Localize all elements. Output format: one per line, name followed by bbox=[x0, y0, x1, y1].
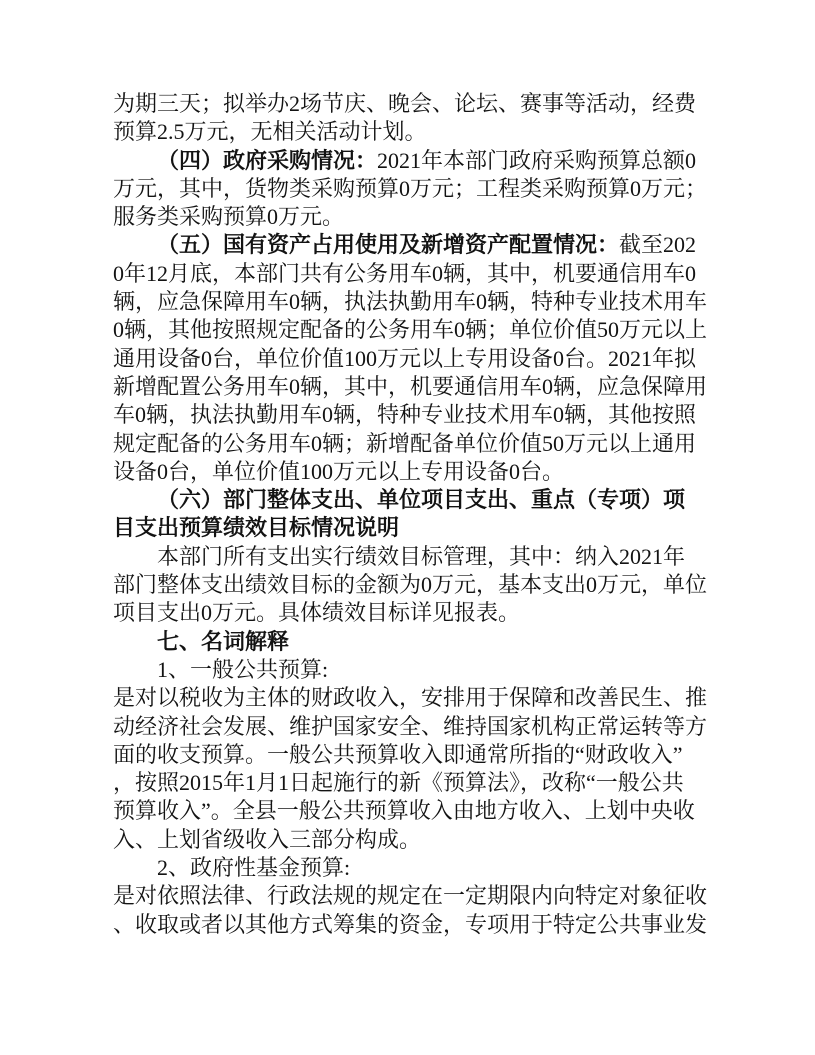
text-segment: 2021年本部门政府采购预算总额0 bbox=[377, 148, 696, 173]
text-segment: 项目支出0万元。具体绩效目标详见报表。 bbox=[113, 600, 520, 625]
bold-text-segment: （四）政府采购情况： bbox=[157, 148, 377, 173]
text-line: 本部门所有支出实行绩效目标管理，其中：纳入2021年 bbox=[113, 543, 713, 571]
text-line: 2、政府性基金预算: bbox=[113, 854, 713, 882]
text-segment: 为期三天；拟举办2场节庆、晚会、论坛、赛事等活动，经费 bbox=[113, 91, 696, 116]
text-segment: 部门整体支出绩效目标的金额为0万元，基本支出0万元，单位 bbox=[113, 572, 707, 597]
text-segment: 0年12月底，本部门共有公务用车0辆，其中，机要通信用车0 bbox=[113, 261, 696, 286]
text-segment: 通用设备0台，单位价值100万元以上专用设备0台。2021年拟 bbox=[113, 346, 696, 371]
text-segment: 1、一般公共预算: bbox=[157, 657, 328, 682]
text-line: 0辆，其他按照规定配备的公务用车0辆；单位价值50万元以上 bbox=[113, 316, 713, 344]
text-segment: 设备0台，单位价值100万元以上专用设备0台。 bbox=[113, 459, 564, 484]
text-line: 预算收入”。全县一般公共预算收入由地方收入、上划中央收 bbox=[113, 797, 713, 825]
text-line: （五）国有资产占用使用及新增资产配置情况：截至202 bbox=[113, 231, 713, 259]
text-segment: 面的收支预算。一般公共预算收入即通常所指的“财政收入” bbox=[113, 742, 683, 767]
text-line: 通用设备0台，单位价值100万元以上专用设备0台。2021年拟 bbox=[113, 345, 713, 373]
text-segment: ，按照2015年1月1日起施行的新《预算法》，改称“一般公共 bbox=[113, 770, 684, 795]
text-line: 万元，其中，货物类采购预算0万元；工程类采购预算0万元； bbox=[113, 175, 713, 203]
bold-text-segment: （五）国有资产占用使用及新增资产配置情况： bbox=[157, 232, 619, 257]
text-segment: 辆，应急保障用车0辆，执法执勤用车0辆，特种专业技术用车 bbox=[113, 289, 707, 314]
text-segment: 是对以税收为主体的财政收入，安排用于保障和改善民生、推 bbox=[113, 685, 707, 710]
text-segment: 规定配备的公务用车0辆；新增配备单位价值50万元以上通用 bbox=[113, 431, 696, 456]
document-body: 为期三天；拟举办2场节庆、晚会、论坛、赛事等活动，经费预算2.5万元，无相关活动… bbox=[113, 90, 713, 939]
text-segment: 本部门所有支出实行绩效目标管理，其中：纳入2021年 bbox=[157, 544, 685, 569]
text-segment: 新增配置公务用车0辆，其中，机要通信用车0辆，应急保障用 bbox=[113, 374, 707, 399]
text-segment: 车0辆，执法执勤用车0辆，特种专业技术用车0辆，其他按照 bbox=[113, 402, 696, 427]
text-line: 是对依照法律、行政法规的规定在一定期限内向特定对象征收 bbox=[113, 882, 713, 910]
text-line: 规定配备的公务用车0辆；新增配备单位价值50万元以上通用 bbox=[113, 430, 713, 458]
text-line: 预算2.5万元，无相关活动计划。 bbox=[113, 118, 713, 146]
text-line: 车0辆，执法执勤用车0辆，特种专业技术用车0辆，其他按照 bbox=[113, 401, 713, 429]
text-line: 新增配置公务用车0辆，其中，机要通信用车0辆，应急保障用 bbox=[113, 373, 713, 401]
text-line: ，按照2015年1月1日起施行的新《预算法》，改称“一般公共 bbox=[113, 769, 713, 797]
text-line: 部门整体支出绩效目标的金额为0万元，基本支出0万元，单位 bbox=[113, 571, 713, 599]
text-segment: 0辆，其他按照规定配备的公务用车0辆；单位价值50万元以上 bbox=[113, 317, 707, 342]
text-segment: 入、上划省级收入三部分构成。 bbox=[113, 827, 421, 852]
text-line: 项目支出0万元。具体绩效目标详见报表。 bbox=[113, 599, 713, 627]
document-page: 为期三天；拟举办2场节庆、晚会、论坛、赛事等活动，经费预算2.5万元，无相关活动… bbox=[0, 0, 815, 1055]
bold-text-segment: 目支出预算绩效目标情况说明 bbox=[113, 515, 399, 540]
text-segment: 预算2.5万元，无相关活动计划。 bbox=[113, 119, 427, 144]
text-segment: 2、政府性基金预算: bbox=[157, 855, 350, 880]
text-line: 设备0台，单位价值100万元以上专用设备0台。 bbox=[113, 458, 713, 486]
bold-text-segment: 七、名词解释 bbox=[157, 629, 289, 654]
text-line: 为期三天；拟举办2场节庆、晚会、论坛、赛事等活动，经费 bbox=[113, 90, 713, 118]
text-line: 服务类采购预算0万元。 bbox=[113, 203, 713, 231]
text-segment: 预算收入”。全县一般公共预算收入由地方收入、上划中央收 bbox=[113, 798, 695, 823]
text-segment: 截至202 bbox=[619, 232, 696, 257]
text-line: 七、名词解释 bbox=[113, 628, 713, 656]
text-line: 、收取或者以其他方式筹集的资金，专项用于特定公共事业发 bbox=[113, 911, 713, 939]
text-line: 0年12月底，本部门共有公务用车0辆，其中，机要通信用车0 bbox=[113, 260, 713, 288]
text-segment: 万元，其中，货物类采购预算0万元；工程类采购预算0万元； bbox=[113, 176, 707, 201]
text-segment: 是对依照法律、行政法规的规定在一定期限内向特定对象征收 bbox=[113, 883, 707, 908]
text-line: 入、上划省级收入三部分构成。 bbox=[113, 826, 713, 854]
bold-text-segment: （六）部门整体支出、单位项目支出、重点（专项）项 bbox=[157, 487, 685, 512]
text-line: 是对以税收为主体的财政收入，安排用于保障和改善民生、推 bbox=[113, 684, 713, 712]
text-line: 1、一般公共预算: bbox=[113, 656, 713, 684]
text-line: 目支出预算绩效目标情况说明 bbox=[113, 514, 713, 542]
text-segment: 服务类采购预算0万元。 bbox=[113, 204, 344, 229]
text-line: （六）部门整体支出、单位项目支出、重点（专项）项 bbox=[113, 486, 713, 514]
text-line: 面的收支预算。一般公共预算收入即通常所指的“财政收入” bbox=[113, 741, 713, 769]
text-line: 辆，应急保障用车0辆，执法执勤用车0辆，特种专业技术用车 bbox=[113, 288, 713, 316]
text-segment: 动经济社会发展、维护国家安全、维持国家机构正常运转等方 bbox=[113, 714, 707, 739]
text-segment: 、收取或者以其他方式筹集的资金，专项用于特定公共事业发 bbox=[113, 912, 707, 937]
text-line: （四）政府采购情况：2021年本部门政府采购预算总额0 bbox=[113, 147, 713, 175]
text-line: 动经济社会发展、维护国家安全、维持国家机构正常运转等方 bbox=[113, 713, 713, 741]
